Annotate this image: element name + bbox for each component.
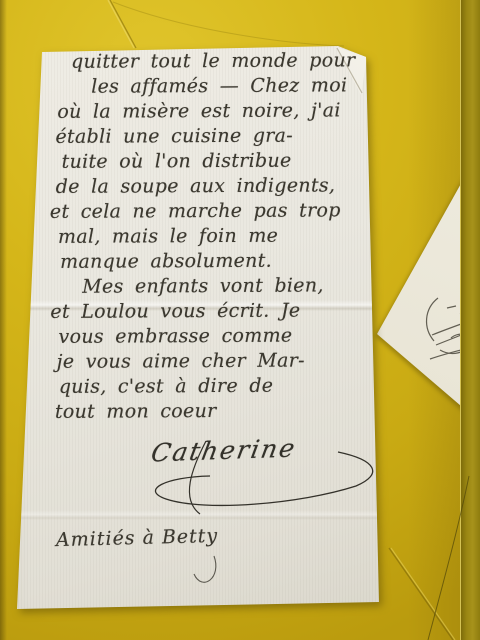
letter-line: les affamés — Chez moi (91, 73, 381, 100)
letter-line: mal, mais le foin me (58, 223, 382, 250)
letter-line: je vous aime cher Mar- (57, 348, 383, 375)
letter-line: tuite où l'on distribue (62, 148, 382, 175)
letter-line: quitter tout le monde pour (71, 48, 381, 75)
letter-line: quis, c'est à dire de (59, 373, 383, 400)
letter-line: où la misère est noire, j'ai (57, 98, 381, 125)
handwritten-text: quitter tout le monde pour les affamés —… (49, 48, 383, 425)
letter-line: Mes enfants vont bien, (82, 273, 382, 300)
letter-line: tout mon coeur (55, 398, 383, 425)
letter-paper: quitter tout le monde pour les affamés —… (0, 0, 480, 640)
letter-fold-crease-faint (0, 510, 480, 520)
letter-line: établi une cuisine gra- (55, 123, 381, 150)
postscript: Amitiés à Betty (56, 525, 219, 551)
letter-line: de la soupe aux indigents, (56, 173, 382, 200)
letter-line: manque absolument. (60, 248, 382, 275)
letter-line: et Loulou vous écrit. Je (50, 298, 382, 325)
photo-of-letter: quitter tout le monde pour les affamés —… (0, 0, 480, 640)
signature: Catherine (149, 433, 299, 467)
letter-sheet: quitter tout le monde pour les affamés —… (0, 0, 480, 640)
letter-line: et cela ne marche pas trop (50, 198, 382, 225)
letter-line: vous embrasse comme (58, 323, 382, 350)
